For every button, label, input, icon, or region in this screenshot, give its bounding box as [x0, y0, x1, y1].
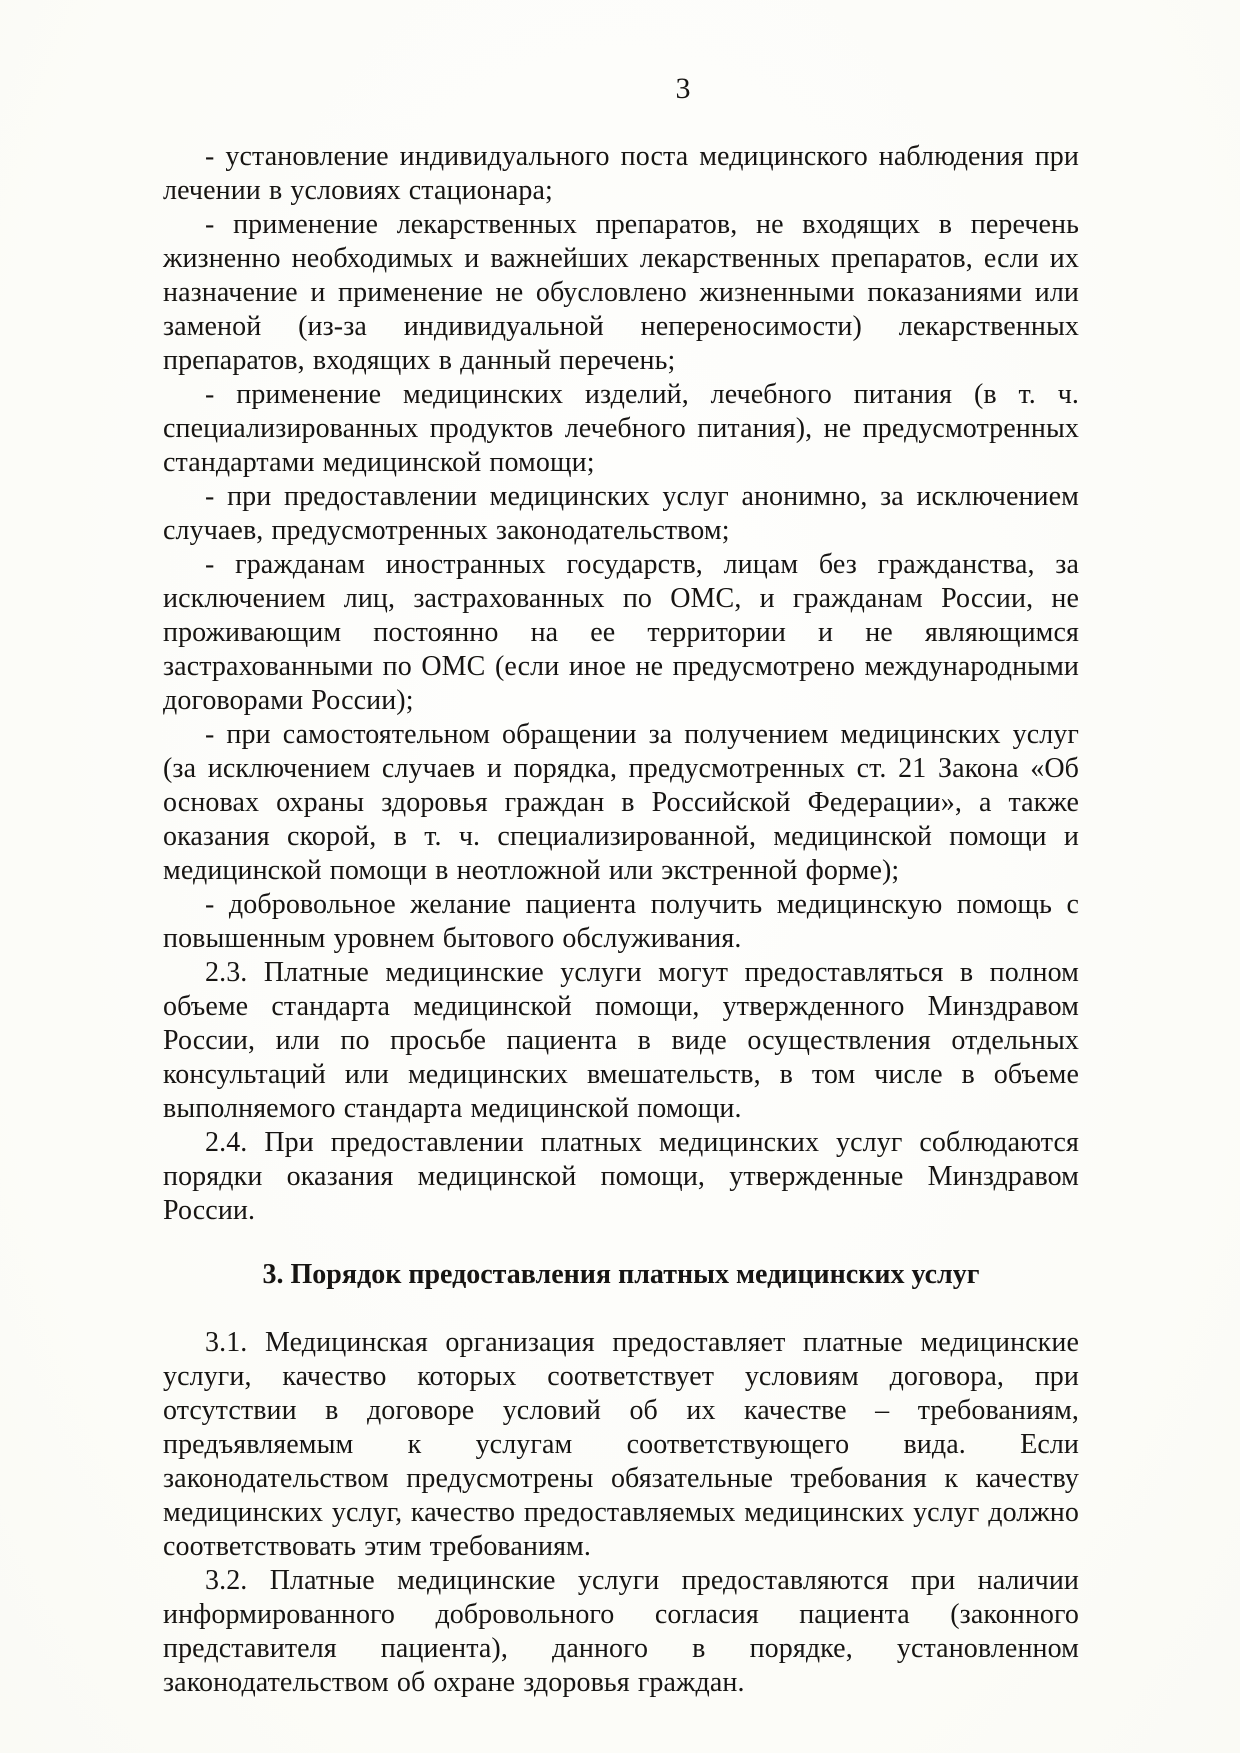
page-content: 3 - установление индивидуального поста м…	[163, 72, 1079, 1700]
section-3-body: 3.1. Медицинская организация предоставля…	[163, 1326, 1079, 1700]
list-item-paragraph: - гражданам иностранных государств, лица…	[163, 548, 1079, 718]
clause-3-1-paragraph: 3.1. Медицинская организация предоставля…	[163, 1326, 1079, 1564]
page-number: 3	[225, 72, 1141, 106]
section-3-heading: 3. Порядок предоставления платных медици…	[163, 1258, 1079, 1292]
clause-2-4-paragraph: 2.4. При предоставлении платных медицинс…	[163, 1126, 1079, 1228]
section-2-body: - установление индивидуального поста мед…	[163, 140, 1079, 1228]
scanned-document-page: 3 - установление индивидуального поста м…	[0, 0, 1240, 1753]
list-item-paragraph: - установление индивидуального поста мед…	[163, 140, 1079, 208]
clause-2-3-paragraph: 2.3. Платные медицинские услуги могут пр…	[163, 956, 1079, 1126]
list-item-paragraph: - при предоставлении медицинских услуг а…	[163, 480, 1079, 548]
clause-3-2-paragraph: 3.2. Платные медицинские услуги предоста…	[163, 1564, 1079, 1700]
list-item-paragraph: - применение лекарственных препаратов, н…	[163, 208, 1079, 378]
list-item-paragraph: - при самостоятельном обращении за получ…	[163, 718, 1079, 888]
list-item-paragraph: - добровольное желание пациента получить…	[163, 888, 1079, 956]
list-item-paragraph: - применение медицинских изделий, лечебн…	[163, 378, 1079, 480]
